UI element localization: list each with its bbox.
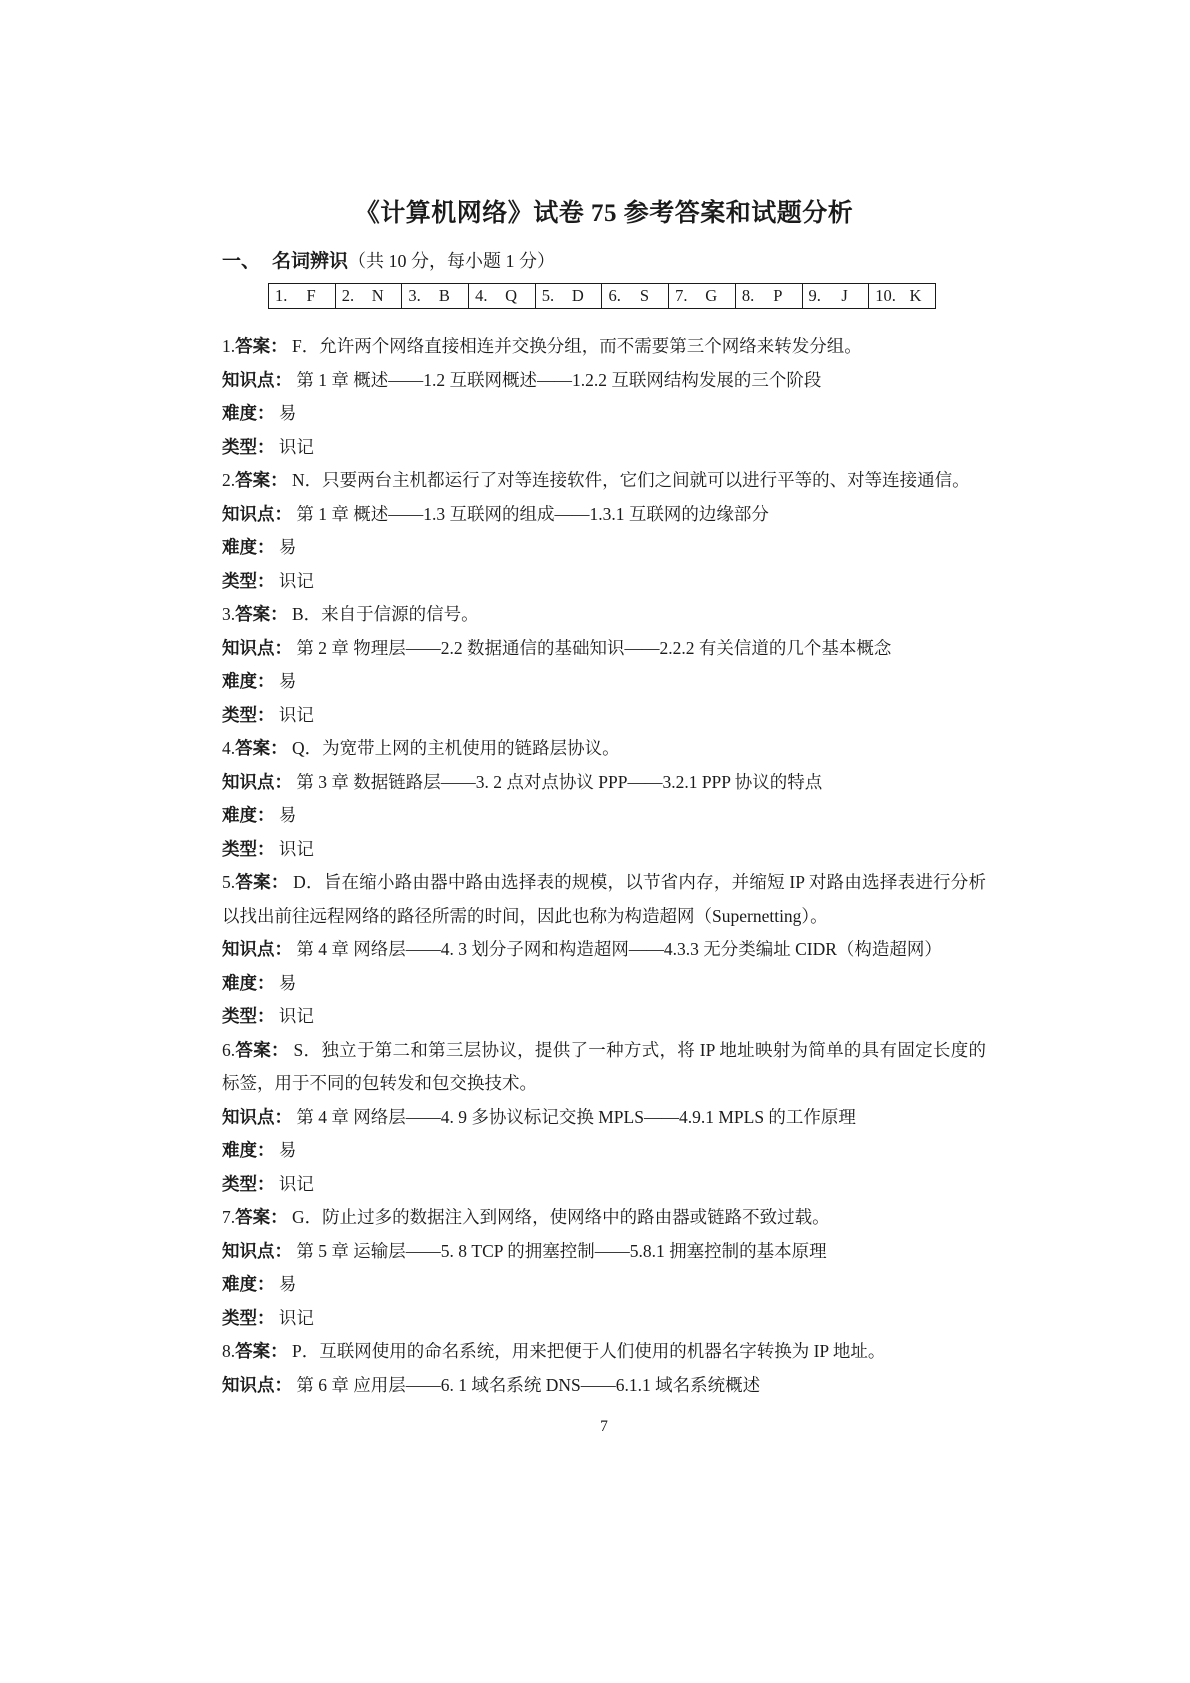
cell-number: 5. bbox=[536, 286, 554, 306]
cell-number: 6. bbox=[602, 286, 620, 306]
answer-label: 答案： bbox=[235, 872, 293, 892]
knowledge-text: 第 2 章 物理层——2.2 数据通信的基础知识——2.2.2 有关信道的几个基… bbox=[296, 638, 891, 658]
type-line: 类型：识记 bbox=[222, 1302, 986, 1336]
item-number: 6. bbox=[222, 1040, 235, 1060]
difficulty-label: 难度： bbox=[222, 671, 279, 691]
knowledge-line: 知识点：第 2 章 物理层——2.2 数据通信的基础知识——2.2.2 有关信道… bbox=[222, 632, 986, 666]
answer-label: 答案： bbox=[235, 1207, 292, 1227]
cell-letter: F bbox=[306, 286, 315, 306]
type-value: 识记 bbox=[279, 839, 314, 859]
knowledge-text: 第 4 章 网络层——4. 9 多协议标记交换 MPLS——4.9.1 MPLS… bbox=[296, 1107, 856, 1127]
cell-number: 8. bbox=[736, 286, 754, 306]
answer-cell-5: 5.D bbox=[535, 284, 602, 309]
difficulty-line: 难度：易 bbox=[222, 799, 986, 833]
answer-text: F．允许两个网络直接相连并交换分组，而不需要第三个网络来转发分组。 bbox=[292, 336, 862, 356]
page-title: 《计算机网络》试卷 75 参考答案和试题分析 bbox=[222, 196, 986, 232]
answer-label: 答案： bbox=[235, 470, 292, 490]
difficulty-line: 难度：易 bbox=[222, 1134, 986, 1168]
cell-number: 3. bbox=[402, 286, 420, 306]
cell-letter: Q bbox=[505, 286, 517, 306]
knowledge-text: 第 1 章 概述——1.2 互联网概述——1.2.2 互联网结构发展的三个阶段 bbox=[296, 370, 821, 390]
knowledge-text: 第 1 章 概述——1.3 互联网的组成——1.3.1 互联网的边缘部分 bbox=[296, 504, 769, 524]
answer-line: 8.答案：P．互联网使用的命名系统，用来把便于人们使用的机器名字转换为 IP 地… bbox=[222, 1335, 986, 1369]
answer-item-1: 1.答案：F．允许两个网络直接相连并交换分组，而不需要第三个网络来转发分组。 知… bbox=[222, 330, 986, 464]
type-label: 类型： bbox=[222, 839, 279, 859]
cell-letter: D bbox=[572, 286, 584, 306]
type-value: 识记 bbox=[279, 437, 314, 457]
item-number: 5. bbox=[222, 872, 235, 892]
answer-line: 1.答案：F．允许两个网络直接相连并交换分组，而不需要第三个网络来转发分组。 bbox=[222, 330, 986, 364]
knowledge-line: 知识点：第 1 章 概述——1.2 互联网概述——1.2.2 互联网结构发展的三… bbox=[222, 364, 986, 398]
answer-item-6: 6.答案：S．独立于第二和第三层协议，提供了一种方式，将 IP 地址映射为简单的… bbox=[222, 1034, 986, 1202]
knowledge-line: 知识点：第 5 章 运输层——5. 8 TCP 的拥塞控制——5.8.1 拥塞控… bbox=[222, 1235, 986, 1269]
type-label: 类型： bbox=[222, 437, 279, 457]
section-heading: 一、名词辨识（共 10 分，每小题 1 分） bbox=[222, 248, 986, 275]
answer-item-3: 3.答案：B．来自于信源的信号。 知识点：第 2 章 物理层——2.2 数据通信… bbox=[222, 598, 986, 732]
answer-item-2: 2.答案：N．只要两台主机都运行了对等连接软件，它们之间就可以进行平等的、对等连… bbox=[222, 464, 986, 598]
answer-text: D．旨在缩小路由器中路由选择表的规模，以节省内存，并缩短 IP 对路由选择表进行… bbox=[222, 872, 986, 926]
knowledge-label: 知识点： bbox=[222, 638, 296, 658]
type-value: 识记 bbox=[279, 705, 314, 725]
difficulty-value: 易 bbox=[279, 1274, 297, 1294]
difficulty-value: 易 bbox=[279, 403, 297, 423]
item-number: 8. bbox=[222, 1341, 235, 1361]
knowledge-text: 第 4 章 网络层——4. 3 划分子网和构造超网——4.3.3 无分类编址 C… bbox=[296, 939, 942, 959]
type-label: 类型： bbox=[222, 571, 279, 591]
cell-number: 2. bbox=[336, 286, 354, 306]
knowledge-label: 知识点： bbox=[222, 1107, 296, 1127]
knowledge-line: 知识点：第 1 章 概述——1.3 互联网的组成——1.3.1 互联网的边缘部分 bbox=[222, 498, 986, 532]
answer-line: 5.答案：D．旨在缩小路由器中路由选择表的规模，以节省内存，并缩短 IP 对路由… bbox=[222, 866, 986, 933]
answer-cell-8: 8.P bbox=[735, 284, 802, 309]
knowledge-line: 知识点：第 4 章 网络层——4. 9 多协议标记交换 MPLS——4.9.1 … bbox=[222, 1101, 986, 1135]
section-subtitle: （共 10 分，每小题 1 分） bbox=[348, 251, 555, 271]
section-title: 名词辨识 bbox=[272, 251, 348, 272]
difficulty-label: 难度： bbox=[222, 403, 279, 423]
answer-cell-4: 4.Q bbox=[469, 284, 536, 309]
answer-text: S．独立于第二和第三层协议，提供了一种方式，将 IP 地址映射为简单的具有固定长… bbox=[222, 1040, 986, 1094]
item-number: 3. bbox=[222, 604, 235, 624]
cell-number: 7. bbox=[669, 286, 687, 306]
answer-line: 4.答案：Q．为宽带上网的主机使用的链路层协议。 bbox=[222, 732, 986, 766]
cell-number: 10. bbox=[869, 286, 896, 306]
difficulty-line: 难度：易 bbox=[222, 1268, 986, 1302]
answer-label: 答案： bbox=[235, 336, 292, 356]
answer-item-7: 7.答案：G．防止过多的数据注入到网络，使网络中的路由器或链路不致过载。 知识点… bbox=[222, 1201, 986, 1335]
answer-text: B．来自于信源的信号。 bbox=[292, 604, 479, 624]
knowledge-text: 第 3 章 数据链路层——3. 2 点对点协议 PPP——3.2.1 PPP 协… bbox=[296, 772, 822, 792]
answer-cell-9: 9.J bbox=[802, 284, 869, 309]
type-label: 类型： bbox=[222, 705, 279, 725]
knowledge-line: 知识点：第 6 章 应用层——6. 1 域名系统 DNS——6.1.1 域名系统… bbox=[222, 1369, 986, 1403]
answer-label: 答案： bbox=[235, 1040, 293, 1060]
knowledge-label: 知识点： bbox=[222, 370, 296, 390]
answer-line: 3.答案：B．来自于信源的信号。 bbox=[222, 598, 986, 632]
difficulty-label: 难度： bbox=[222, 1274, 279, 1294]
cell-number: 9. bbox=[803, 286, 821, 306]
knowledge-line: 知识点：第 3 章 数据链路层——3. 2 点对点协议 PPP——3.2.1 P… bbox=[222, 766, 986, 800]
difficulty-label: 难度： bbox=[222, 537, 279, 557]
difficulty-label: 难度： bbox=[222, 973, 279, 993]
answer-label: 答案： bbox=[235, 604, 292, 624]
item-number: 7. bbox=[222, 1207, 235, 1227]
knowledge-label: 知识点： bbox=[222, 1375, 296, 1395]
cell-number: 1. bbox=[269, 286, 287, 306]
page-number: 7 bbox=[222, 1418, 986, 1436]
knowledge-label: 知识点： bbox=[222, 939, 296, 959]
answer-text: G．防止过多的数据注入到网络，使网络中的路由器或链路不致过载。 bbox=[292, 1207, 830, 1227]
answer-text: Q．为宽带上网的主机使用的链路层协议。 bbox=[292, 738, 620, 758]
difficulty-value: 易 bbox=[279, 1140, 297, 1160]
type-line: 类型：识记 bbox=[222, 1000, 986, 1034]
cell-letter: S bbox=[640, 286, 649, 306]
type-value: 识记 bbox=[279, 1174, 314, 1194]
cell-letter: K bbox=[909, 286, 921, 306]
difficulty-line: 难度：易 bbox=[222, 967, 986, 1001]
answer-text: P．互联网使用的命名系统，用来把便于人们使用的机器名字转换为 IP 地址。 bbox=[292, 1341, 885, 1361]
cell-number: 4. bbox=[469, 286, 487, 306]
difficulty-line: 难度：易 bbox=[222, 665, 986, 699]
difficulty-value: 易 bbox=[279, 671, 297, 691]
answer-key-table: 1.F 2.N 3.B 4.Q 5.D 6.S 7.G 8.P 9.J 10.K bbox=[268, 283, 936, 309]
answer-text: N．只要两台主机都运行了对等连接软件，它们之间就可以进行平等的、对等连接通信。 bbox=[292, 470, 970, 490]
type-line: 类型：识记 bbox=[222, 833, 986, 867]
answer-label: 答案： bbox=[235, 738, 292, 758]
answer-item-5: 5.答案：D．旨在缩小路由器中路由选择表的规模，以节省内存，并缩短 IP 对路由… bbox=[222, 866, 986, 1034]
type-value: 识记 bbox=[279, 1308, 314, 1328]
type-line: 类型：识记 bbox=[222, 1168, 986, 1202]
answer-cell-6: 6.S bbox=[602, 284, 669, 309]
type-line: 类型：识记 bbox=[222, 431, 986, 465]
difficulty-value: 易 bbox=[279, 537, 297, 557]
answer-key-row: 1.F 2.N 3.B 4.Q 5.D 6.S 7.G 8.P 9.J 10.K bbox=[269, 284, 936, 309]
answer-cell-3: 3.B bbox=[402, 284, 469, 309]
answer-cell-1: 1.F bbox=[269, 284, 336, 309]
difficulty-line: 难度：易 bbox=[222, 531, 986, 565]
answer-label: 答案： bbox=[235, 1341, 292, 1361]
item-number: 4. bbox=[222, 738, 235, 758]
difficulty-line: 难度：易 bbox=[222, 397, 986, 431]
knowledge-label: 知识点： bbox=[222, 1241, 296, 1261]
difficulty-value: 易 bbox=[279, 973, 297, 993]
difficulty-label: 难度： bbox=[222, 1140, 279, 1160]
cell-letter: B bbox=[439, 286, 450, 306]
section-numeral: 一、 bbox=[222, 251, 260, 272]
knowledge-label: 知识点： bbox=[222, 772, 296, 792]
type-label: 类型： bbox=[222, 1006, 279, 1026]
cell-letter: J bbox=[841, 286, 847, 306]
answer-line: 6.答案：S．独立于第二和第三层协议，提供了一种方式，将 IP 地址映射为简单的… bbox=[222, 1034, 986, 1101]
answer-item-8: 8.答案：P．互联网使用的命名系统，用来把便于人们使用的机器名字转换为 IP 地… bbox=[222, 1335, 986, 1402]
answer-item-4: 4.答案：Q．为宽带上网的主机使用的链路层协议。 知识点：第 3 章 数据链路层… bbox=[222, 732, 986, 866]
knowledge-text: 第 5 章 运输层——5. 8 TCP 的拥塞控制——5.8.1 拥塞控制的基本… bbox=[296, 1241, 826, 1261]
cell-letter: G bbox=[705, 286, 717, 306]
type-label: 类型： bbox=[222, 1308, 279, 1328]
type-line: 类型：识记 bbox=[222, 565, 986, 599]
item-number: 2. bbox=[222, 470, 235, 490]
cell-letter: N bbox=[372, 286, 384, 306]
type-label: 类型： bbox=[222, 1174, 279, 1194]
difficulty-label: 难度： bbox=[222, 805, 279, 825]
answer-cell-2: 2.N bbox=[335, 284, 402, 309]
answers-body: 1.答案：F．允许两个网络直接相连并交换分组，而不需要第三个网络来转发分组。 知… bbox=[222, 330, 986, 1402]
knowledge-text: 第 6 章 应用层——6. 1 域名系统 DNS——6.1.1 域名系统概述 bbox=[296, 1375, 760, 1395]
difficulty-value: 易 bbox=[279, 805, 297, 825]
type-line: 类型：识记 bbox=[222, 699, 986, 733]
knowledge-label: 知识点： bbox=[222, 504, 296, 524]
type-value: 识记 bbox=[279, 1006, 314, 1026]
cell-letter: P bbox=[773, 286, 782, 306]
item-number: 1. bbox=[222, 336, 235, 356]
answer-cell-7: 7.G bbox=[669, 284, 736, 309]
knowledge-line: 知识点：第 4 章 网络层——4. 3 划分子网和构造超网——4.3.3 无分类… bbox=[222, 933, 986, 967]
document-content: 《计算机网络》试卷 75 参考答案和试题分析 一、名词辨识（共 10 分，每小题… bbox=[222, 196, 986, 1436]
answer-line: 2.答案：N．只要两台主机都运行了对等连接软件，它们之间就可以进行平等的、对等连… bbox=[222, 464, 986, 498]
answer-cell-10: 10.K bbox=[869, 284, 936, 309]
answer-line: 7.答案：G．防止过多的数据注入到网络，使网络中的路由器或链路不致过载。 bbox=[222, 1201, 986, 1235]
document-page: 《计算机网络》试卷 75 参考答案和试题分析 一、名词辨识（共 10 分，每小题… bbox=[0, 0, 1190, 1683]
type-value: 识记 bbox=[279, 571, 314, 591]
